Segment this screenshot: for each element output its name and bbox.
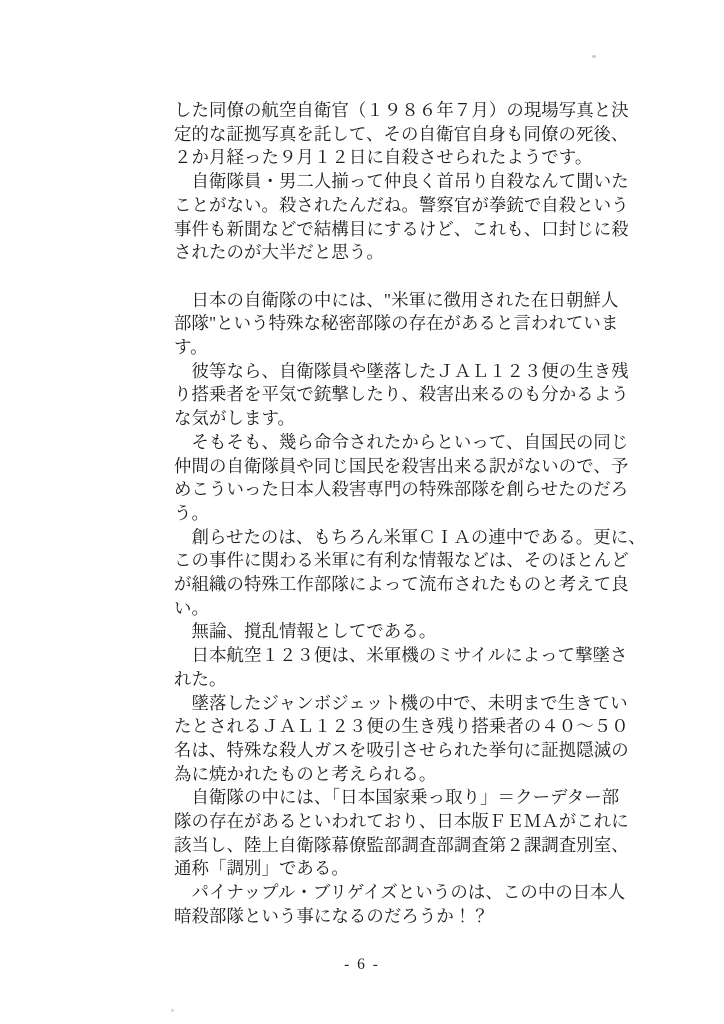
text-line: い。: [174, 597, 652, 621]
text-line: たとされるＪＡＬ１２３便の生き残り搭乗者の４０～５０: [174, 715, 652, 739]
text-line: 定的な証拠写真を託して、その自衛官自身も同僚の死後、: [174, 123, 652, 147]
text-line: 彼等なら、自衛隊員や墜落したＪＡＬ１２３便の生き残: [174, 360, 652, 384]
scanned-document-page: した同僚の航空自衛官（１９８６年７月）の現場写真と決定的な証拠写真を託して、その…: [0, 0, 724, 1024]
text-line: れた。: [174, 668, 652, 692]
text-line: されたのが大半だと思う。: [174, 241, 652, 265]
text-line: この事件に関わる米軍に有利な情報などは、そのほとんど: [174, 549, 652, 573]
text-line: 日本の自衛隊の中には、"米軍に徴用された在日朝鮮人: [174, 289, 652, 313]
text-line: 墜落したジャンボジェット機の中で、未明まで生きてい: [174, 692, 652, 716]
text-line: 創らせたのは、もちろん米軍ＣＩＡの連中である。更に、: [174, 526, 652, 550]
text-line: めこういった日本人殺害専門の特殊部隊を創らせたのだろ: [174, 478, 652, 502]
text-line: 隊の存在があるといわれており、日本版ＦＥＭＡがこれに: [174, 810, 652, 834]
text-line: 無論、撹乱情報としてである。: [174, 620, 652, 644]
text-line: う。: [174, 502, 652, 526]
text-line: 仲間の自衛隊員や同じ国民を殺害出来る訳がないので、予: [174, 455, 652, 479]
body-text: した同僚の航空自衛官（１９８６年７月）の現場写真と決定的な証拠写真を託して、その…: [174, 99, 652, 929]
text-line: 自衛隊員・男二人揃って仲良く首吊り自殺なんて聞いた: [174, 170, 652, 194]
blank-line: [174, 265, 652, 289]
text-line: した同僚の航空自衛官（１９８６年７月）の現場写真と決: [174, 99, 652, 123]
text-line: 事件も新聞などで結構目にするけど、これも、口封じに殺: [174, 218, 652, 242]
text-line: 該当し、陸上自衛隊幕僚監部調査部調査第２課調査別室、: [174, 834, 652, 858]
page-number: - 6 -: [0, 956, 724, 974]
text-line: 部隊"という特殊な秘密部隊の存在があると言われていま: [174, 312, 652, 336]
text-line: 暗殺部隊という事になるのだろうか！？: [174, 905, 652, 929]
text-line: 通称「調別」である。: [174, 857, 652, 881]
text-line: 名は、特殊な殺人ガスを吸引させられた挙句に証拠隠滅の: [174, 739, 652, 763]
text-line: が組織の特殊工作部隊によって流布されたものと考えて良: [174, 573, 652, 597]
text-line: そもそも、幾ら命令されたからといって、自国民の同じ: [174, 431, 652, 455]
text-line: ことがない。殺されたんだね。警察官が拳銃で自殺という: [174, 194, 652, 218]
text-line: パイナップル・ブリゲイズというのは、この中の日本人: [174, 881, 652, 905]
scan-speck: [171, 1009, 174, 1012]
text-line: 為に焼かれたものと考えられる。: [174, 763, 652, 787]
scan-speck: [592, 55, 596, 58]
text-line: 日本航空１２３便は、米軍機のミサイルによって撃墜さ: [174, 644, 652, 668]
text-line: な気がします。: [174, 407, 652, 431]
text-line: す。: [174, 336, 652, 360]
text-line: り搭乗者を平気で銃撃したり、殺害出来るのも分かるよう: [174, 383, 652, 407]
text-line: ２か月経った９月１２日に自殺させられたようです。: [174, 146, 652, 170]
text-line: 自衛隊の中には、「日本国家乗っ取り」＝クーデター部: [174, 786, 652, 810]
